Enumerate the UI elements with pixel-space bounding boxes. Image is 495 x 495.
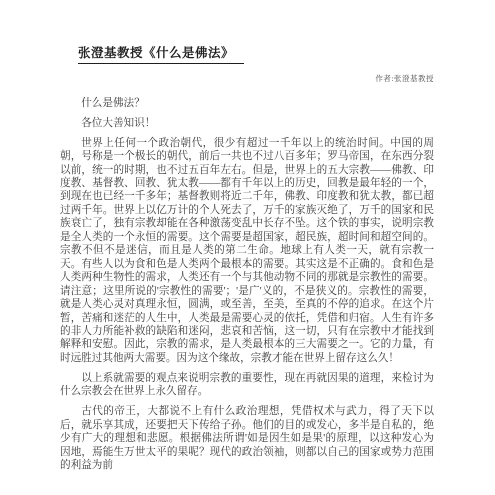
paragraph: 什么是佛法？ [60, 97, 434, 110]
document-title: 张澄基教授《什么是佛法》 [78, 47, 244, 64]
paragraph: 古代的帝王，大都说不上有什么政治理想，凭借权术与武力，得了天下以后，就乐享其成，… [60, 405, 434, 472]
paragraph: 以上系就需要的观点来说明宗教的重要性，现在再就因果的道理，来检讨为什么宗教会在世… [60, 372, 434, 399]
author-line: 作者:张澄基教授 [60, 73, 434, 84]
document-body: 什么是佛法？各位大善知识！世界上任何一个政治朝代，很少有超过一千年以上的统治时间… [60, 97, 434, 473]
title-row: 张澄基教授《什么是佛法》 [60, 44, 434, 64]
paragraph: 世界上任何一个政治朝代，很少有超过一千年以上的统治时间。中国的周朝，号称是一个极… [60, 137, 434, 366]
document-page: 张澄基教授《什么是佛法》 作者:张澄基教授 什么是佛法？各位大善知识！世界上任何… [0, 0, 495, 495]
paragraph: 各位大善知识！ [60, 117, 434, 130]
